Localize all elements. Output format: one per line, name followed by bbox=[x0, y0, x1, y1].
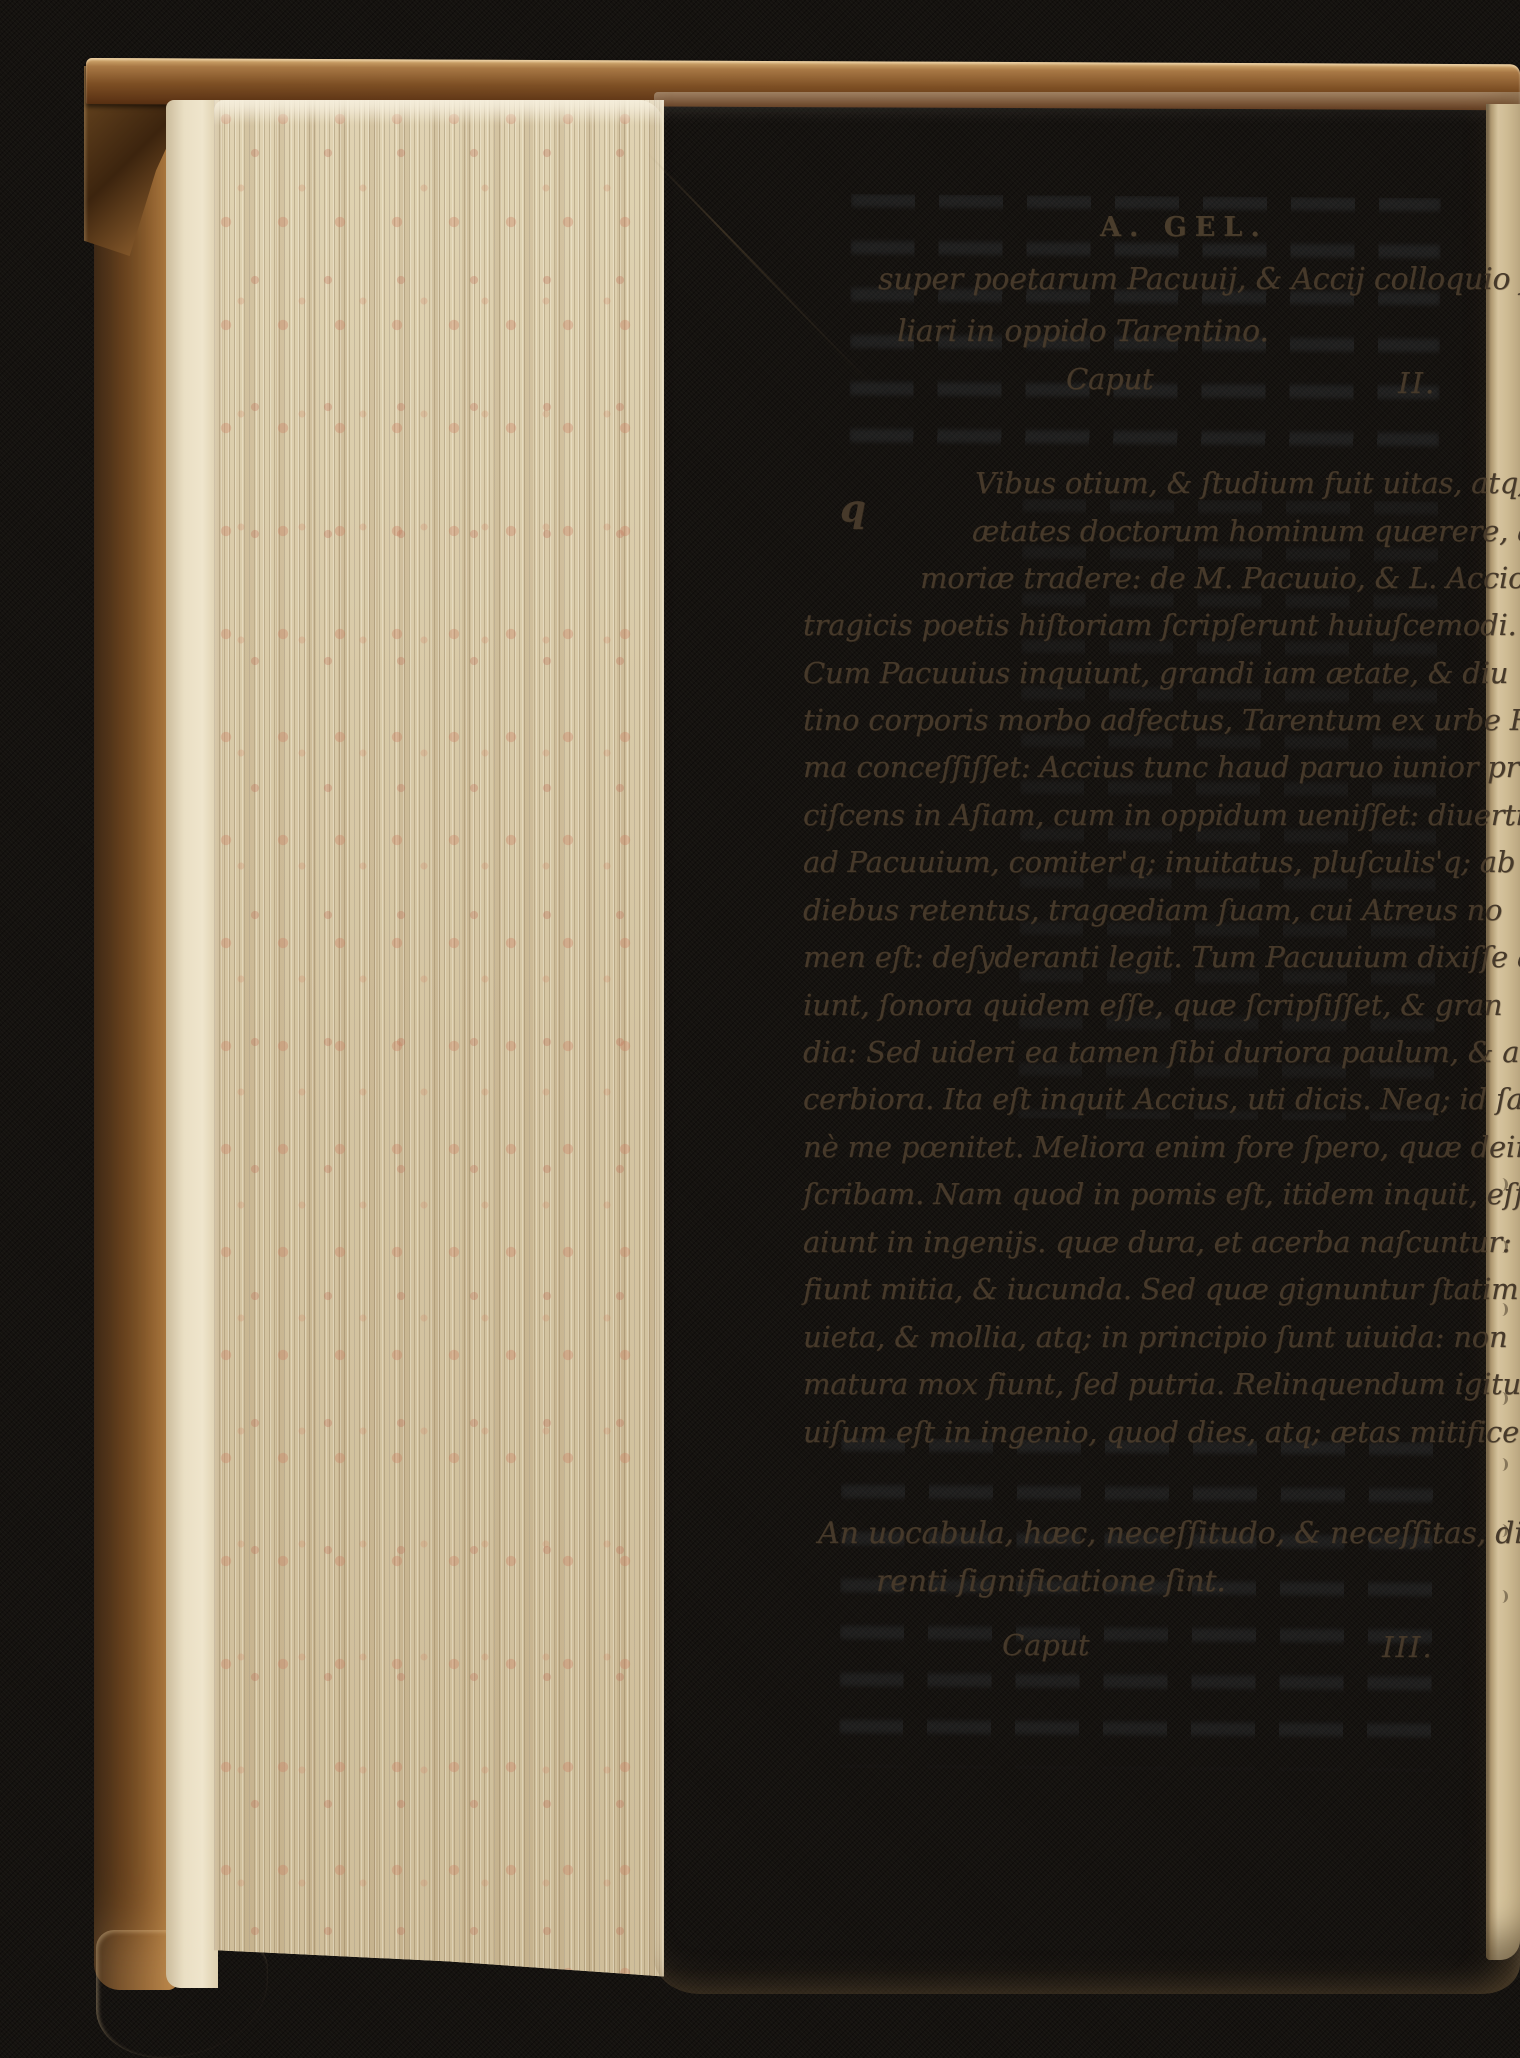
photograph-background: { "page": { "running_header": "A. GEL.",… bbox=[0, 0, 1520, 2058]
initial-guide-letter: q bbox=[840, 486, 866, 530]
body-text-line: Vibus otium, & ſtudium fuit uitas, atq; bbox=[975, 466, 1520, 500]
body-text-line: uiſum eſt in ingenio, quod dies, atq; æt… bbox=[803, 1415, 1520, 1449]
caput-number: II. bbox=[1398, 366, 1436, 400]
fore-edge-top-highlight bbox=[214, 100, 664, 126]
page-gutter-fold bbox=[1486, 104, 1520, 1960]
body-text-line: men eſt: deſyderanti legit. Tum Pacuuium… bbox=[803, 940, 1520, 974]
body-text-line: uieta, & mollia, atq; in principio ſunt … bbox=[803, 1320, 1507, 1354]
chapter3-heading-line: An uocabula, hæc, neceſſitudo, & neceſſi… bbox=[818, 1516, 1520, 1551]
caput-number: III. bbox=[1382, 1630, 1434, 1664]
body-text-line: tino corporis morbo adfectus, Tarentum e… bbox=[803, 703, 1520, 737]
body-text-line: cerbiora. Ita eſt inquit Accius, uti dic… bbox=[803, 1082, 1520, 1116]
body-text-line: Cum Pacuuius inquiunt, grandi iam ætate,… bbox=[803, 656, 1508, 690]
chapter2-heading-line: liari in oppido Tarentino. bbox=[897, 314, 1269, 349]
body-text-line: fiunt mitia, & iucunda. Sed quæ gignuntu… bbox=[803, 1272, 1518, 1306]
gutter-bleed-mark bbox=[1496, 1590, 1508, 1603]
body-text-line: ciſcens in Aſiam, cum in oppidum ueniſſe… bbox=[803, 798, 1520, 832]
fore-edge-page-block bbox=[214, 100, 664, 1984]
body-text-line: ſcribam. Nam quod in pomis eſt, itidem i… bbox=[803, 1177, 1520, 1211]
chapter2-heading-line: super poetarum Pacuuij, & Accij colloqui… bbox=[878, 262, 1520, 297]
body-text-line: aiunt in ingenijs. quæ dura, et acerba n… bbox=[803, 1225, 1520, 1259]
body-text-line: ma conceſſiſſet: Accius tunc haud paruo … bbox=[803, 750, 1520, 784]
gutter-bleed-mark bbox=[1496, 1458, 1508, 1471]
body-text-line: diebus retentus, tragœdiam ſuam, cui Atr… bbox=[803, 893, 1502, 927]
flyleaf-edge bbox=[166, 100, 218, 1988]
chapter3-heading-line: renti ſignificatione ſint. bbox=[876, 1564, 1226, 1599]
caput-label: Caput bbox=[1002, 1628, 1089, 1662]
body-text-line: matura mox fiunt, ſed putria. Relinquend… bbox=[803, 1367, 1520, 1401]
ink-bleed-through bbox=[839, 1438, 1441, 1772]
body-text-line: ætates doctorum hominum quærere, ac me bbox=[972, 514, 1520, 548]
caput-label: Caput bbox=[1066, 362, 1153, 396]
body-text-line: tragicis poetis hiſtoriam ſcripſerunt hu… bbox=[803, 608, 1517, 642]
body-text-line: moriæ tradere: de M. Pacuuio, & L. Accio bbox=[920, 561, 1520, 595]
body-text-line: nè me pœnitet. Meliora enim fore ſpero, … bbox=[803, 1130, 1520, 1164]
running-header: A. GEL. bbox=[1100, 212, 1268, 243]
body-text-line: dia: Sed uideri ea tamen ſibi duriora pa… bbox=[803, 1035, 1519, 1069]
body-text-line: ad Pacuuium, comiter'q; inuitatus, pluſc… bbox=[803, 845, 1520, 879]
body-text-line: iunt, ſonora quidem eſſe, quæ ſcripſiſſe… bbox=[803, 988, 1502, 1022]
